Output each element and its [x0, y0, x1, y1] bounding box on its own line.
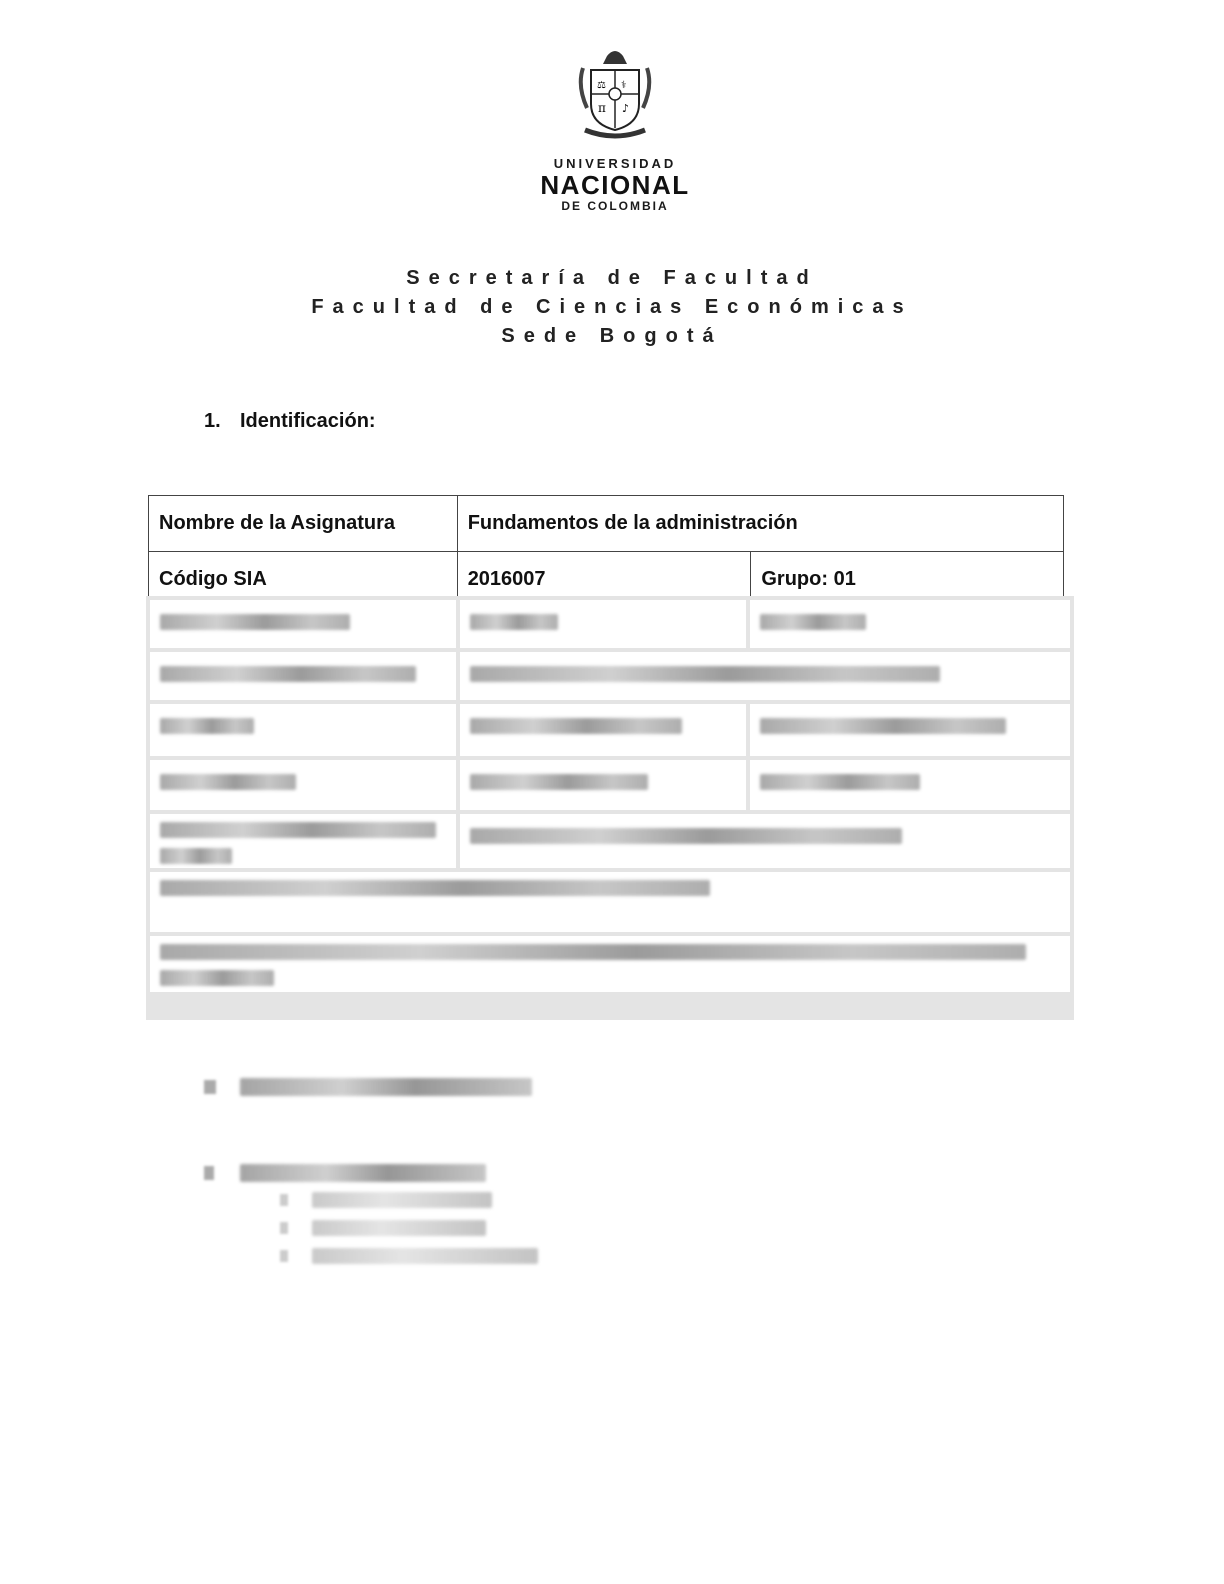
section-number: 1. — [204, 410, 240, 433]
svg-text:π: π — [598, 101, 606, 115]
university-name-line1: UNIVERSIDAD — [520, 156, 710, 171]
university-name-line3: DE COLOMBIA — [520, 199, 710, 213]
redacted-heading — [204, 1078, 604, 1108]
redacted-list — [204, 1164, 604, 1324]
header-line-sede: Sede Bogotá — [0, 322, 1224, 351]
university-crest-icon: ⚖ ⚕ π ♪ — [573, 46, 657, 142]
svg-text:♪: ♪ — [622, 102, 629, 115]
table-row: Nombre de la Asignatura Fundamentos de l… — [149, 496, 1064, 552]
redacted-row — [150, 600, 1070, 648]
redacted-row — [150, 872, 1070, 932]
faculty-header: Secretaría de Facultad Facultad de Cienc… — [0, 264, 1224, 351]
redacted-sections-region — [204, 1078, 604, 1324]
table-cell-label: Nombre de la Asignatura — [149, 496, 458, 552]
university-name-line2: NACIONAL — [520, 171, 710, 199]
redacted-row — [150, 814, 1070, 868]
redacted-row — [150, 652, 1070, 700]
header-line-facultad: Facultad de Ciencias Económicas — [0, 293, 1224, 322]
redacted-table-region — [146, 596, 1074, 1020]
section-title: Identificación: — [240, 410, 376, 432]
section-identificacion-heading: 1.Identificación: — [204, 410, 376, 433]
header-line-secretaria: Secretaría de Facultad — [0, 264, 1224, 293]
redacted-row — [150, 936, 1070, 992]
university-logo: ⚖ ⚕ π ♪ UNIVERSIDAD NACIONAL DE COLOMBIA — [520, 46, 710, 213]
svg-text:⚖: ⚖ — [597, 80, 606, 91]
identification-table: Nombre de la Asignatura Fundamentos de l… — [148, 495, 1064, 607]
table-cell-value: Fundamentos de la administración — [457, 496, 1063, 552]
redacted-row — [150, 760, 1070, 810]
redacted-row — [150, 704, 1070, 756]
svg-text:⚕: ⚕ — [621, 80, 626, 91]
